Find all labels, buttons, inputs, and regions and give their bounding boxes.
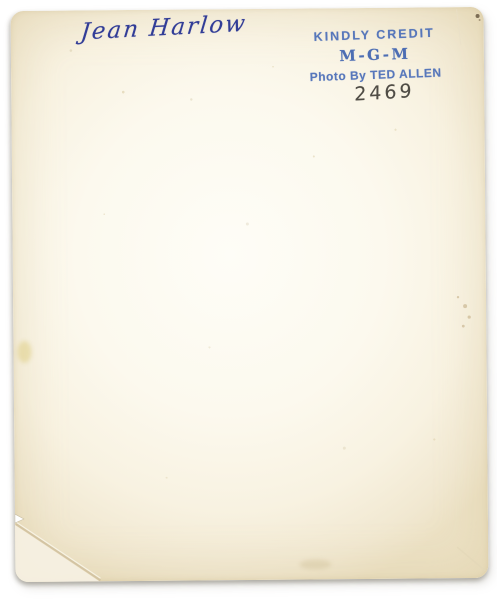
edge-speck (476, 14, 481, 21)
corner-crease-bottom-left (15, 521, 101, 582)
bottom-stain (299, 559, 331, 569)
paper-specks (70, 47, 346, 452)
mgm-credit-stamp: KINDLY CREDIT M-G-M Photo By TED ALLEN (298, 26, 452, 84)
corner-crease-top-right (457, 9, 461, 45)
paper-blemishes-overlay (11, 7, 489, 582)
inventory-number-pencil: 2469 (354, 80, 414, 106)
yellow-stain (17, 341, 31, 363)
corner-crease-bottom-right (457, 547, 485, 571)
stamp-line-kindly-credit: KINDLY CREDIT (298, 26, 450, 45)
edge-notch (15, 514, 24, 523)
photo-verso-paper: Jean Harlow KINDLY CREDIT M-G-M Photo By… (11, 7, 489, 582)
stamp-line-mgm: M-G-M (299, 43, 452, 66)
signature-handwriting: Jean Harlow (79, 11, 248, 46)
foxing-spots (457, 296, 471, 328)
scan-background: Jean Harlow KINDLY CREDIT M-G-M Photo By… (0, 0, 497, 600)
